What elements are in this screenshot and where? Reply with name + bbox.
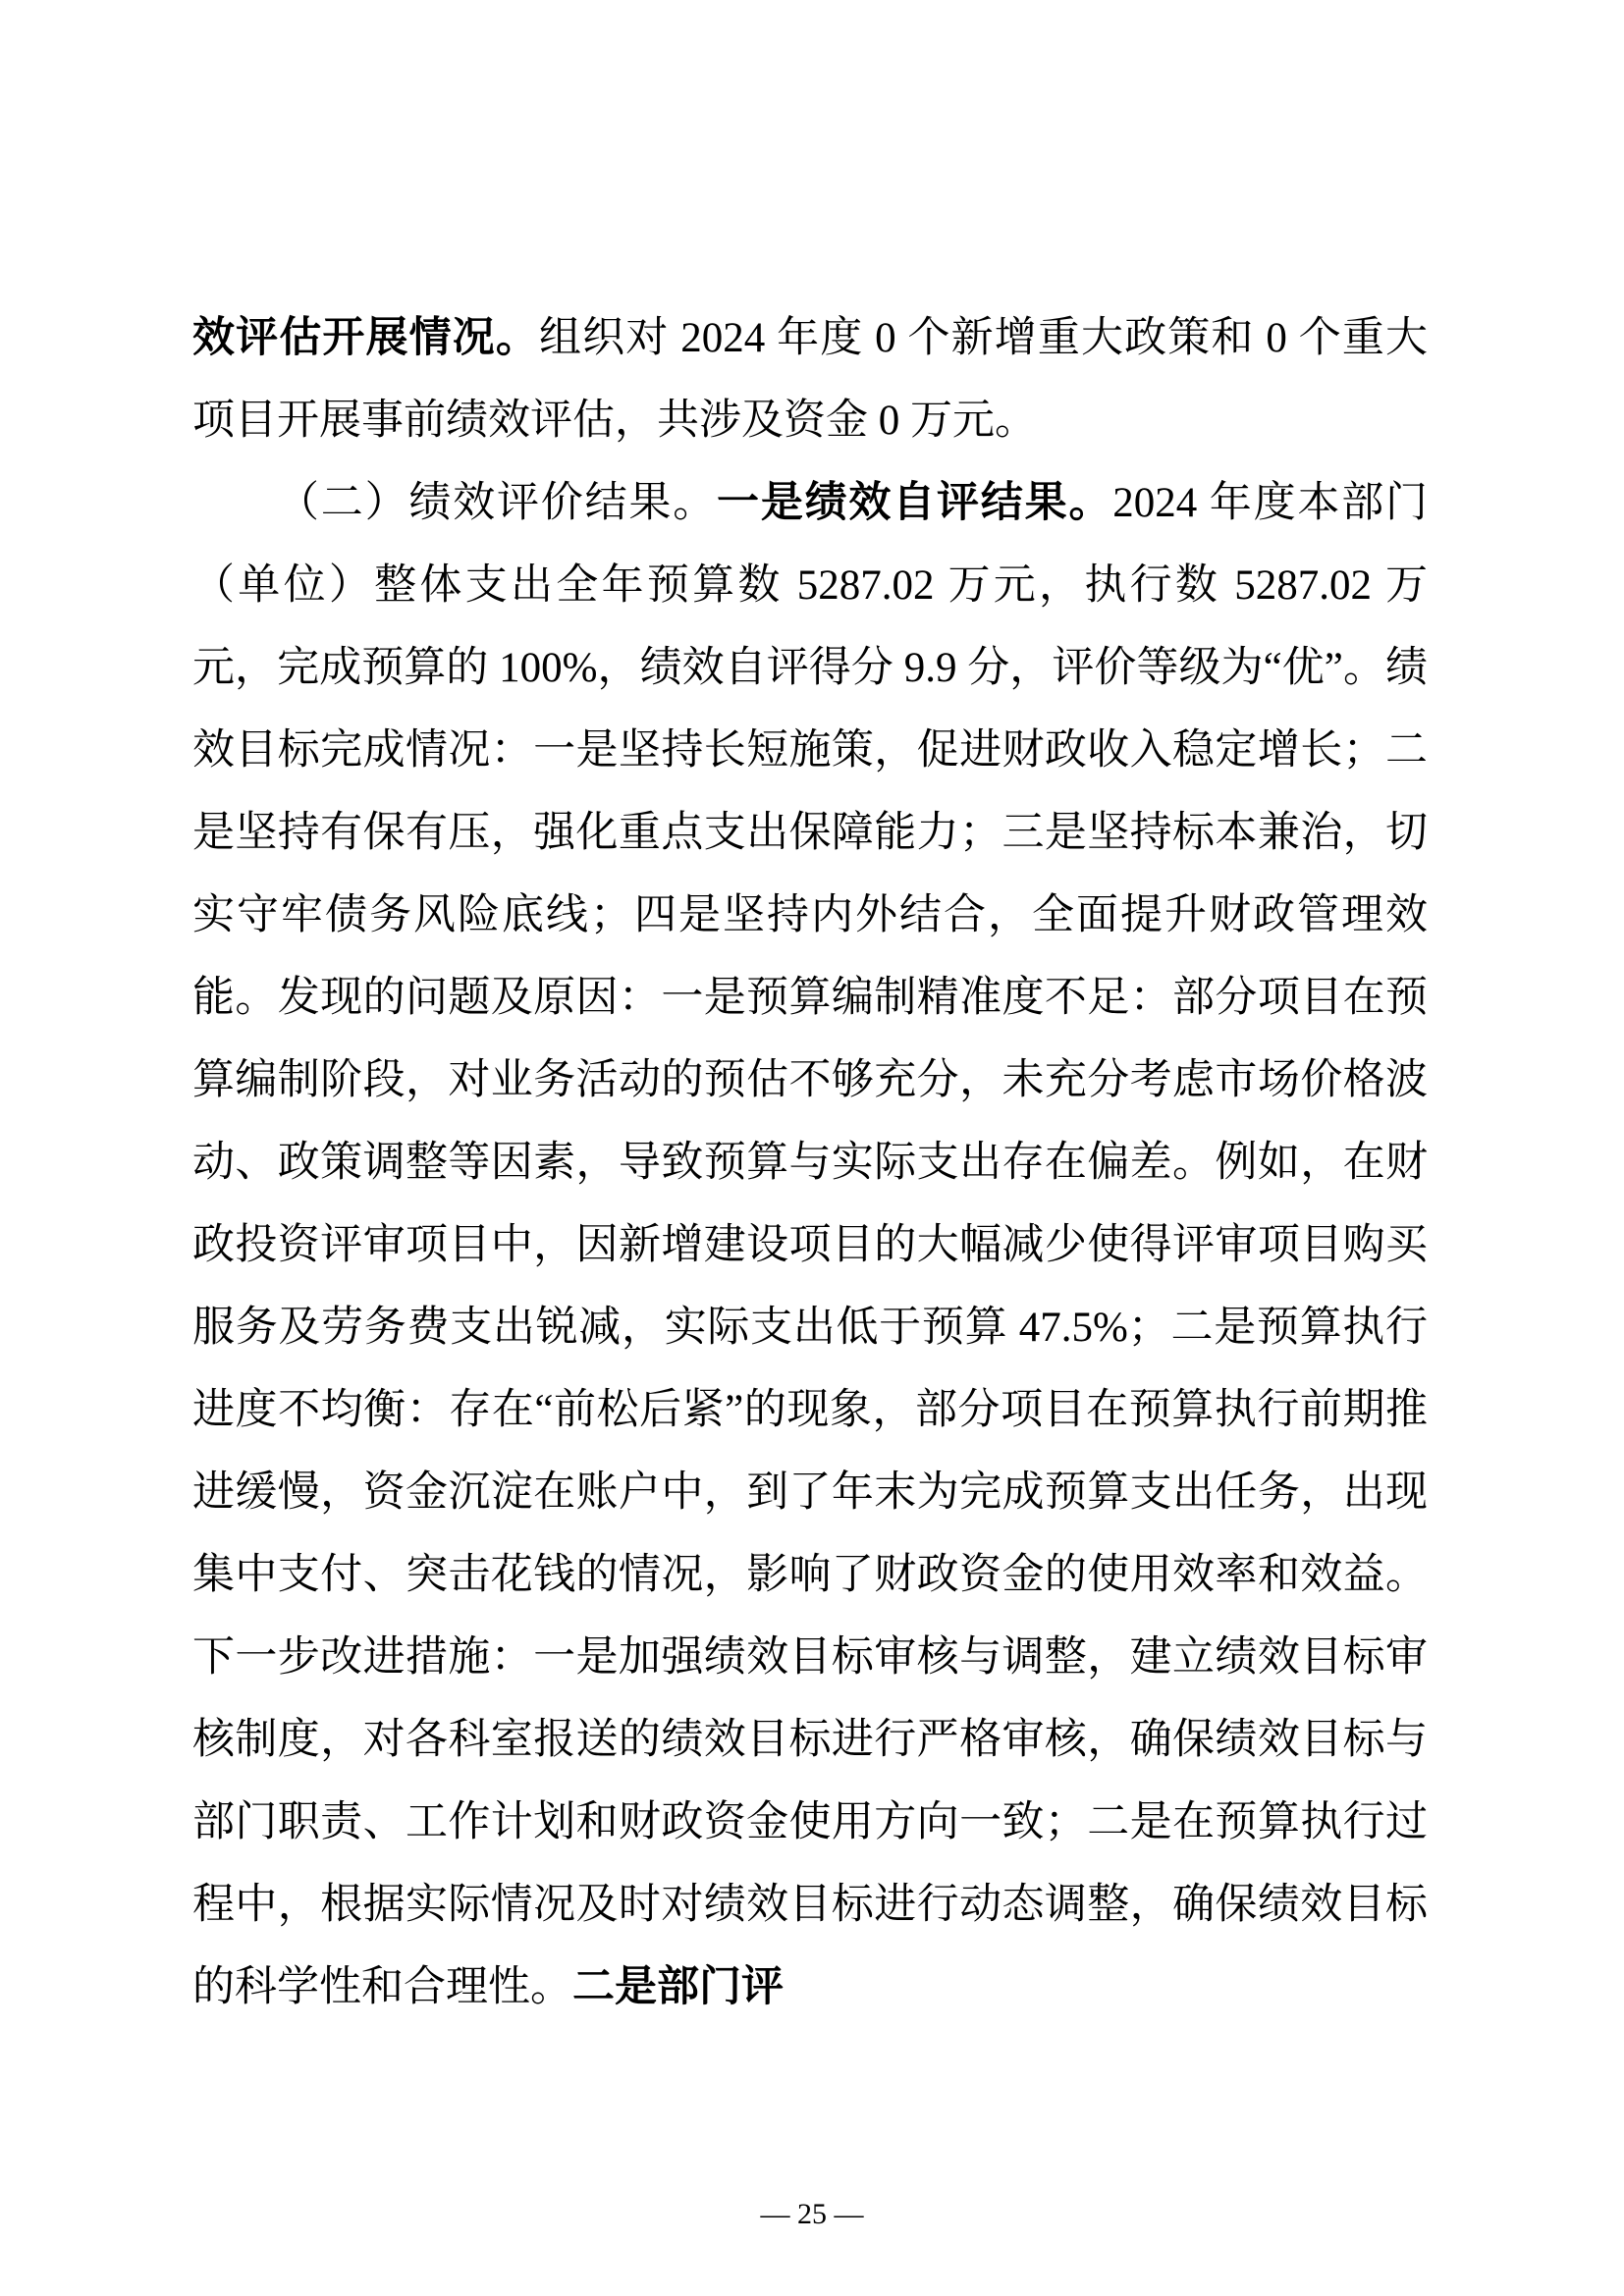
paragraph-pre-evaluation: 效评估开展情况。组织对 2024 年度 0 个新增重大政策和 0 个重大项目开展… — [192, 297, 1428, 462]
text-run: 2024 年度本部门（单位）整体支出全年预算数 5287.02 万元，执行数 5… — [192, 480, 1428, 2010]
paragraph-evaluation-results: （二）绩效评价结果。一是绩效自评结果。2024 年度本部门（单位）整体支出全年预… — [192, 462, 1428, 2029]
bold-text-run: 一是绩效自评结果。 — [717, 480, 1112, 526]
bold-text-run: 二是部门评 — [572, 1964, 784, 2010]
section-heading-run: （二）绩效评价结果。 — [277, 480, 717, 526]
document-page: 效评估开展情况。组织对 2024 年度 0 个新增重大政策和 0 个重大项目开展… — [0, 0, 1624, 2296]
document-body: 效评估开展情况。组织对 2024 年度 0 个新增重大政策和 0 个重大项目开展… — [192, 297, 1428, 2029]
bold-text-run: 效评估开展情况。 — [192, 315, 539, 361]
page-footer: — 25 — — [0, 2197, 1624, 2232]
page-number: — 25 — — [761, 2198, 864, 2230]
